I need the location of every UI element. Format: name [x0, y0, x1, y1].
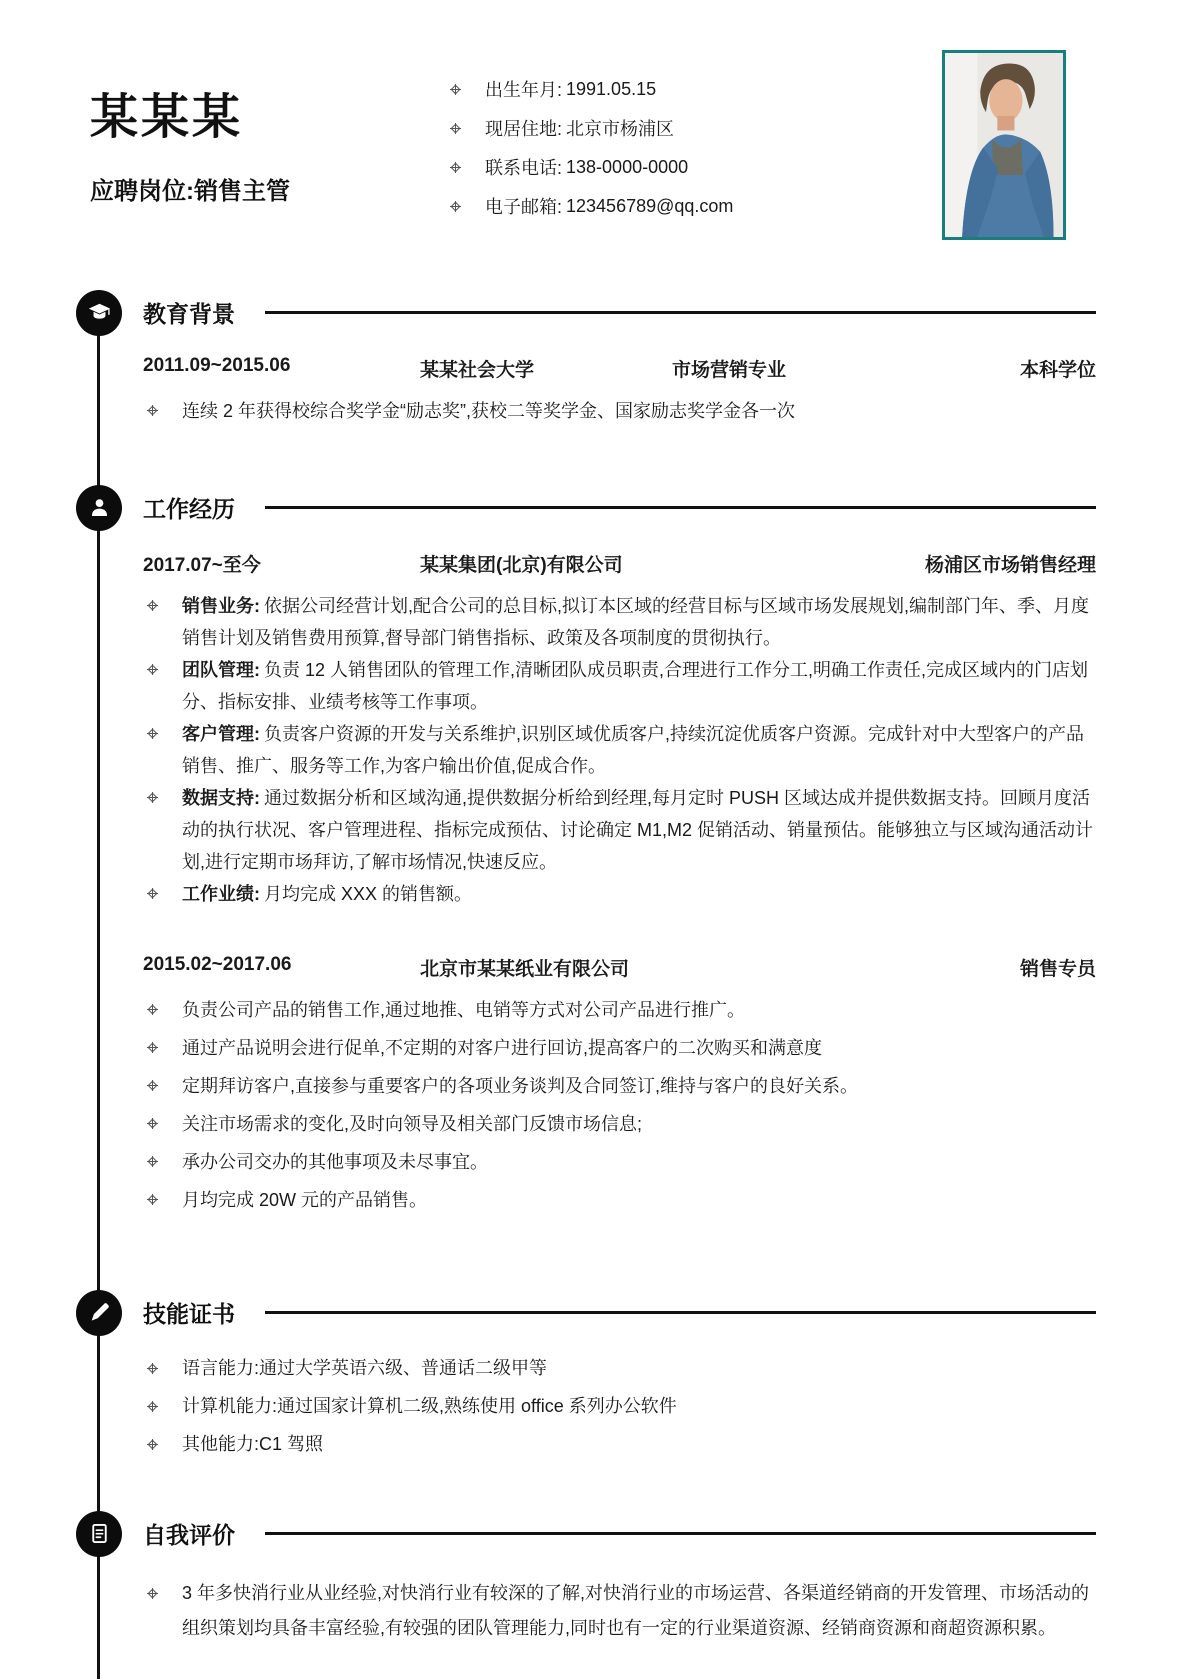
- bullet-text: 团队管理:负责 12 人销售团队的管理工作,清晰团队成员职责,合理进行工作分工,…: [182, 654, 1096, 718]
- diamond-target-icon: [147, 664, 158, 675]
- bullet-item: 销售业务:依据公司经营计划,配合公司的总目标,拟订本区域的经营目标与区域市场发展…: [143, 590, 1096, 654]
- section-title: 教育背景: [143, 296, 235, 329]
- section-header: 工作经历: [143, 491, 1096, 524]
- person-icon: [76, 485, 122, 531]
- resume-body: 教育背景 2011.09~2015.06 某某社会大学 市场营销专业 本科学位 …: [0, 296, 1186, 1646]
- contact-value: 北京市杨浦区: [566, 115, 674, 141]
- resume-page: 某某某 应聘岗位:销售主管 出生年月: 1991.05.15 现居住地: 北京市…: [0, 0, 1186, 1679]
- bullet-text: 关注市场需求的变化,及时向领导及相关部门反馈市场信息;: [182, 1108, 1096, 1140]
- bullet-text: 承办公司交办的其他事项及未尽事宜。: [182, 1146, 1096, 1178]
- education-bullets: 连续 2 年获得校综合奖学金“励志奖”,获校二等奖学金、国家励志奖学金各一次: [143, 395, 1096, 427]
- contact-item-phone: 联系电话: 138-0000-0000: [450, 154, 820, 180]
- bullet-item: 承办公司交办的其他事项及未尽事宜。: [143, 1146, 1096, 1178]
- diamond-target-icon: [147, 1156, 158, 1167]
- bullet-item: 工作业绩:月均完成 XXX 的销售额。: [143, 878, 1096, 910]
- bullet-lead: 数据支持:: [182, 788, 260, 808]
- section-skills: 技能证书 语言能力:通过大学英语六级、普通话二级甲等 计算机能力:通过国家计算机…: [143, 1296, 1096, 1459]
- bullet-item: 数据支持:通过数据分析和区域沟通,提供数据分析给到经理,每月定时 PUSH 区域…: [143, 782, 1096, 878]
- bullet-text: 负责公司产品的销售工作,通过地推、电销等方式对公司产品进行推广。: [182, 994, 1096, 1026]
- contact-item-birth: 出生年月: 1991.05.15: [450, 76, 820, 102]
- applied-position: 应聘岗位:销售主管: [90, 171, 450, 206]
- portrait-photo: [942, 50, 1066, 240]
- bullet-text: 3 年多快消行业从业经验,对快消行业有较深的了解,对快消行业的市场运营、各渠道经…: [182, 1576, 1096, 1646]
- section-rule: [265, 1311, 1096, 1314]
- section-rule: [265, 311, 1096, 314]
- identity-block: 某某某 应聘岗位:销售主管: [90, 50, 450, 240]
- bullet-item: 月均完成 20W 元的产品销售。: [143, 1184, 1096, 1216]
- bullet-text: 数据支持:通过数据分析和区域沟通,提供数据分析给到经理,每月定时 PUSH 区域…: [182, 782, 1096, 878]
- job-entry-row: 2015.02~2017.06 北京市某某纸业有限公司 销售专员: [143, 954, 1096, 981]
- bullet-text: 通过产品说明会进行促单,不定期的对客户进行回访,提高客户的二次购买和满意度: [182, 1032, 1096, 1064]
- bullet-lead: 工作业绩:: [182, 884, 260, 904]
- diamond-target-icon: [147, 1042, 158, 1053]
- diamond-target-icon: [147, 1118, 158, 1129]
- contact-item-address: 现居住地: 北京市杨浦区: [450, 115, 820, 141]
- contact-value: 1991.05.15: [566, 79, 656, 100]
- bullet-item: 3 年多快消行业从业经验,对快消行业有较深的了解,对快消行业的市场运营、各渠道经…: [143, 1576, 1096, 1646]
- diamond-target-icon: [147, 1439, 158, 1450]
- section-work-experience: 工作经历 2017.07~至今 某某集团(北京)有限公司 杨浦区市场销售经理 销…: [143, 491, 1096, 1216]
- job-entry: 2015.02~2017.06 北京市某某纸业有限公司 销售专员 负责公司产品的…: [143, 954, 1096, 1216]
- diamond-target-icon: [147, 1194, 158, 1205]
- bullet-text: 定期拜访客户,直接参与重要客户的各项业务谈判及合同签订,维持与客户的良好关系。: [182, 1070, 1096, 1102]
- bullet-item: 关注市场需求的变化,及时向领导及相关部门反馈市场信息;: [143, 1108, 1096, 1140]
- section-title: 技能证书: [143, 1296, 235, 1329]
- diamond-target-icon: [450, 162, 461, 173]
- diamond-target-icon: [450, 84, 461, 95]
- entry-major: 市场营销专业: [672, 355, 1020, 382]
- bullet-text: 语言能力:通过大学英语六级、普通话二级甲等: [182, 1353, 1096, 1383]
- bullet-item: 团队管理:负责 12 人销售团队的管理工作,清晰团队成员职责,合理进行工作分工,…: [143, 654, 1096, 718]
- bullet-item: 定期拜访客户,直接参与重要客户的各项业务谈判及合同签订,维持与客户的良好关系。: [143, 1070, 1096, 1102]
- diamond-target-icon: [450, 123, 461, 134]
- diamond-target-icon: [147, 792, 158, 803]
- bullet-item: 计算机能力:通过国家计算机二级,熟练使用 office 系列办公软件: [143, 1391, 1096, 1421]
- diamond-target-icon: [147, 728, 158, 739]
- job-entry-row: 2017.07~至今 某某集团(北京)有限公司 杨浦区市场销售经理: [143, 550, 1096, 577]
- diamond-target-icon: [147, 1363, 158, 1374]
- document-icon: [76, 1511, 122, 1557]
- self-evaluation-bullets: 3 年多快消行业从业经验,对快消行业有较深的了解,对快消行业的市场运营、各渠道经…: [143, 1576, 1096, 1646]
- contact-label: 出生年月:: [485, 76, 562, 102]
- contact-item-email: 电子邮箱: 123456789@qq.com: [450, 193, 820, 219]
- candidate-name: 某某某: [90, 78, 450, 147]
- job-bullets: 负责公司产品的销售工作,通过地推、电销等方式对公司产品进行推广。 通过产品说明会…: [143, 994, 1096, 1216]
- diamond-target-icon: [147, 1588, 158, 1599]
- section-header: 自我评价: [143, 1517, 1096, 1550]
- bullet-text: 客户管理:负责客户资源的开发与关系维护,识别区域优质客户,持续沉淀优质客户资源。…: [182, 718, 1096, 782]
- writing-hand-icon: [76, 1290, 122, 1336]
- section-title: 自我评价: [143, 1517, 235, 1550]
- education-entry-row: 2011.09~2015.06 某某社会大学 市场营销专业 本科学位: [143, 355, 1096, 382]
- bullet-text: 连续 2 年获得校综合奖学金“励志奖”,获校二等奖学金、国家励志奖学金各一次: [182, 395, 1096, 427]
- section-self-evaluation: 自我评价 3 年多快消行业从业经验,对快消行业有较深的了解,对快消行业的市场运营…: [143, 1517, 1096, 1646]
- diamond-target-icon: [450, 201, 461, 212]
- section-header: 技能证书: [143, 1296, 1096, 1329]
- contact-value: 123456789@qq.com: [566, 196, 733, 217]
- diamond-target-icon: [147, 1080, 158, 1091]
- contact-label: 联系电话:: [485, 154, 562, 180]
- entry-company: 北京市某某纸业有限公司: [420, 954, 1020, 981]
- header: 某某某 应聘岗位:销售主管 出生年月: 1991.05.15 现居住地: 北京市…: [0, 0, 1186, 240]
- job-entry: 2017.07~至今 某某集团(北京)有限公司 杨浦区市场销售经理 销售业务:依…: [143, 550, 1096, 910]
- diamond-target-icon: [147, 600, 158, 611]
- section-rule: [265, 1532, 1096, 1535]
- bullet-text: 工作业绩:月均完成 XXX 的销售额。: [182, 878, 1096, 910]
- entry-period: 2011.09~2015.06: [143, 355, 420, 382]
- contact-label: 电子邮箱:: [485, 193, 562, 219]
- portrait-image: [945, 53, 1063, 237]
- section-header: 教育背景: [143, 296, 1096, 329]
- entry-role: 销售专员: [1020, 954, 1096, 981]
- bullet-text: 销售业务:依据公司经营计划,配合公司的总目标,拟订本区域的经营目标与区域市场发展…: [182, 590, 1096, 654]
- entry-period: 2017.07~至今: [143, 550, 420, 577]
- bullet-lead: 团队管理:: [182, 660, 260, 680]
- bullet-text: 月均完成 20W 元的产品销售。: [182, 1184, 1096, 1216]
- bullet-item: 负责公司产品的销售工作,通过地推、电销等方式对公司产品进行推广。: [143, 994, 1096, 1026]
- entry-degree: 本科学位: [1020, 355, 1096, 382]
- section-education: 教育背景 2011.09~2015.06 某某社会大学 市场营销专业 本科学位 …: [143, 296, 1096, 427]
- diamond-target-icon: [147, 405, 158, 416]
- entry-period: 2015.02~2017.06: [143, 954, 420, 981]
- section-title: 工作经历: [143, 491, 235, 524]
- diamond-target-icon: [147, 1401, 158, 1412]
- section-rule: [265, 506, 1096, 509]
- entry-school: 某某社会大学: [420, 355, 672, 382]
- bullet-item: 客户管理:负责客户资源的开发与关系维护,识别区域优质客户,持续沉淀优质客户资源。…: [143, 718, 1096, 782]
- graduation-cap-icon: [76, 290, 122, 336]
- skill-bullets: 语言能力:通过大学英语六级、普通话二级甲等 计算机能力:通过国家计算机二级,熟练…: [143, 1353, 1096, 1459]
- diamond-target-icon: [147, 888, 158, 899]
- bullet-text: 计算机能力:通过国家计算机二级,熟练使用 office 系列办公软件: [182, 1391, 1096, 1421]
- contact-label: 现居住地:: [485, 115, 562, 141]
- bullet-item: 语言能力:通过大学英语六级、普通话二级甲等: [143, 1353, 1096, 1383]
- contact-list: 出生年月: 1991.05.15 现居住地: 北京市杨浦区 联系电话: 138-…: [450, 50, 820, 240]
- bullet-lead: 客户管理:: [182, 724, 260, 744]
- bullet-item: 连续 2 年获得校综合奖学金“励志奖”,获校二等奖学金、国家励志奖学金各一次: [143, 395, 1096, 427]
- diamond-target-icon: [147, 1004, 158, 1015]
- job-bullets: 销售业务:依据公司经营计划,配合公司的总目标,拟订本区域的经营目标与区域市场发展…: [143, 590, 1096, 910]
- bullet-text: 其他能力:C1 驾照: [182, 1429, 1096, 1459]
- bullet-item: 通过产品说明会进行促单,不定期的对客户进行回访,提高客户的二次购买和满意度: [143, 1032, 1096, 1064]
- entry-company: 某某集团(北京)有限公司: [420, 550, 925, 577]
- entry-role: 杨浦区市场销售经理: [925, 550, 1096, 577]
- bullet-item: 其他能力:C1 驾照: [143, 1429, 1096, 1459]
- contact-value: 138-0000-0000: [566, 157, 688, 178]
- bullet-lead: 销售业务:: [182, 596, 260, 616]
